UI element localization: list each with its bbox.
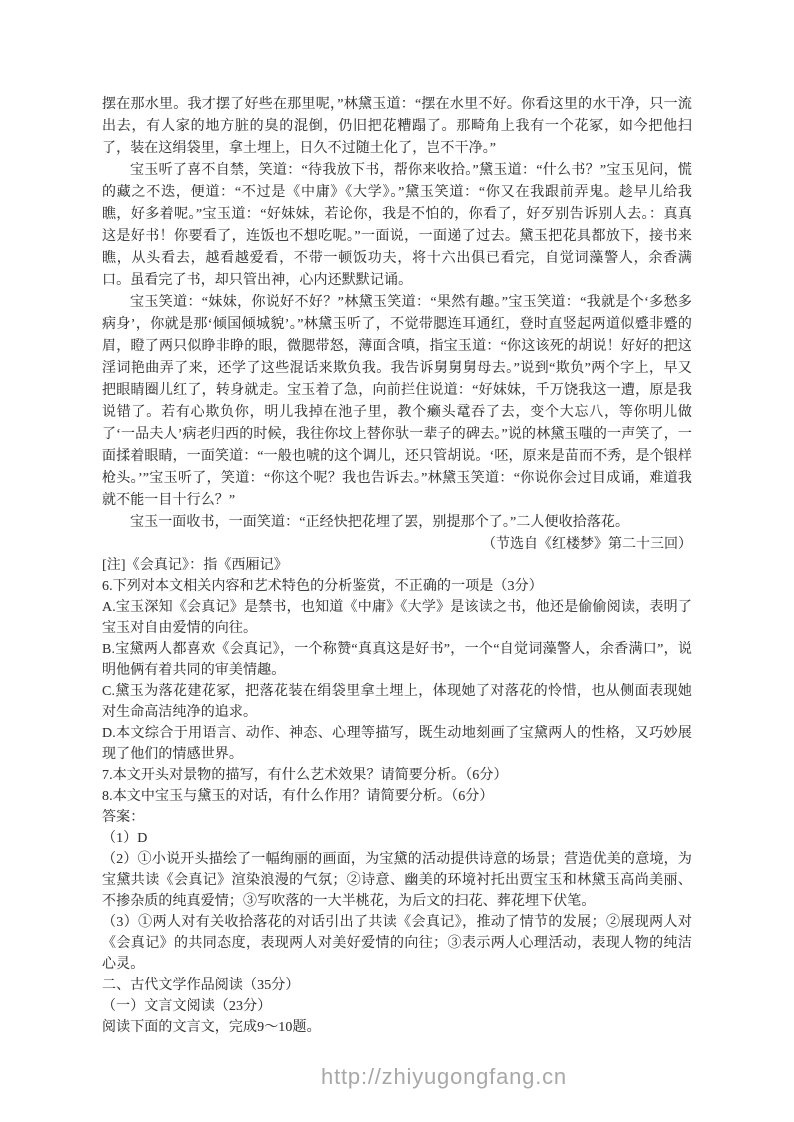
- question-6-option-d: D.本文综合于用语言、动作、神态、心理等描写，既生动地刻画了宝黛两人的性格，又巧…: [102, 723, 692, 765]
- answer-3: （3）①两人对有关收拾落花的对话引出了共读《会真记》，推动了情节的发展；②展现两…: [102, 912, 692, 975]
- passage-paragraph-2: 宝玉听了喜不自禁，笑道：“待我放下书，帮你来收拾。”黛玉道：“什么书？”宝玉见问…: [102, 160, 692, 292]
- section-heading: 二、古代文学作品阅读（35分）: [102, 975, 692, 996]
- question-6-option-a: A.宝玉深知《会真记》是禁书，也知道《中庸》《大学》是该读之书，他还是偷偷阅读，…: [102, 597, 692, 639]
- answer-2: （2）①小说开头描绘了一幅绚丽的画面，为宝黛的活动提供诗意的场景；营造优美的意境…: [102, 849, 692, 912]
- document-content: 摆在那水里。我才摆了好些在那里呢，”林黛玉道：“摆在水里不好。你看这里的水干净，…: [102, 94, 692, 1038]
- document-page: 摆在那水里。我才摆了好些在那里呢，”林黛玉道：“摆在水里不好。你看这里的水干净，…: [0, 0, 794, 1122]
- passage-paragraph-1: 摆在那水里。我才摆了好些在那里呢，”林黛玉道：“摆在水里不好。你看这里的水干净，…: [102, 94, 692, 160]
- excerpt-source: （节选自《红楼梦》第二十三回）: [102, 534, 692, 555]
- watermark-url: http://zhiyugongfang.cn: [321, 1064, 567, 1090]
- question-6-option-b: B.宝黛两人都喜欢《会真记》，一个称赞“真真这是好书”，一个“自觉词藻警人，余香…: [102, 639, 692, 681]
- question-6-option-c: C.黛玉为落花建花冢，把落花装在绢袋里拿土埋上，体现她了对落花的怜惜，也从侧面表…: [102, 681, 692, 723]
- passage-note: [注]《会真记》：指《西厢记》: [102, 555, 692, 576]
- reading-instruction: 阅读下面的文言文，完成9～10题。: [102, 1017, 692, 1038]
- passage-paragraph-4: 宝玉一面收书，一面笑道：“正经快把花埋了罢，别提那个了。”二人便收拾落花。: [102, 512, 692, 534]
- subsection-heading: （一）文言文阅读（23分）: [102, 996, 692, 1017]
- passage-paragraph-3: 宝玉笑道：“妹妹，你说好不好？”林黛玉笑道：“果然有趣。”宝玉笑道：“我就是个‘…: [102, 292, 692, 512]
- question-7: 7.本文开头对景物的描写，有什么艺术效果？请简要分析。（6分）: [102, 765, 692, 786]
- question-6: 6.下列对本文相关内容和艺术特色的分析鉴赏，不正确的一项是（3分）: [102, 576, 692, 597]
- answers-heading: 答案：: [102, 807, 692, 828]
- answer-1: （1）D: [102, 828, 692, 849]
- question-8: 8.本文中宝玉与黛玉的对话，有什么作用？请简要分析。（6分）: [102, 786, 692, 807]
